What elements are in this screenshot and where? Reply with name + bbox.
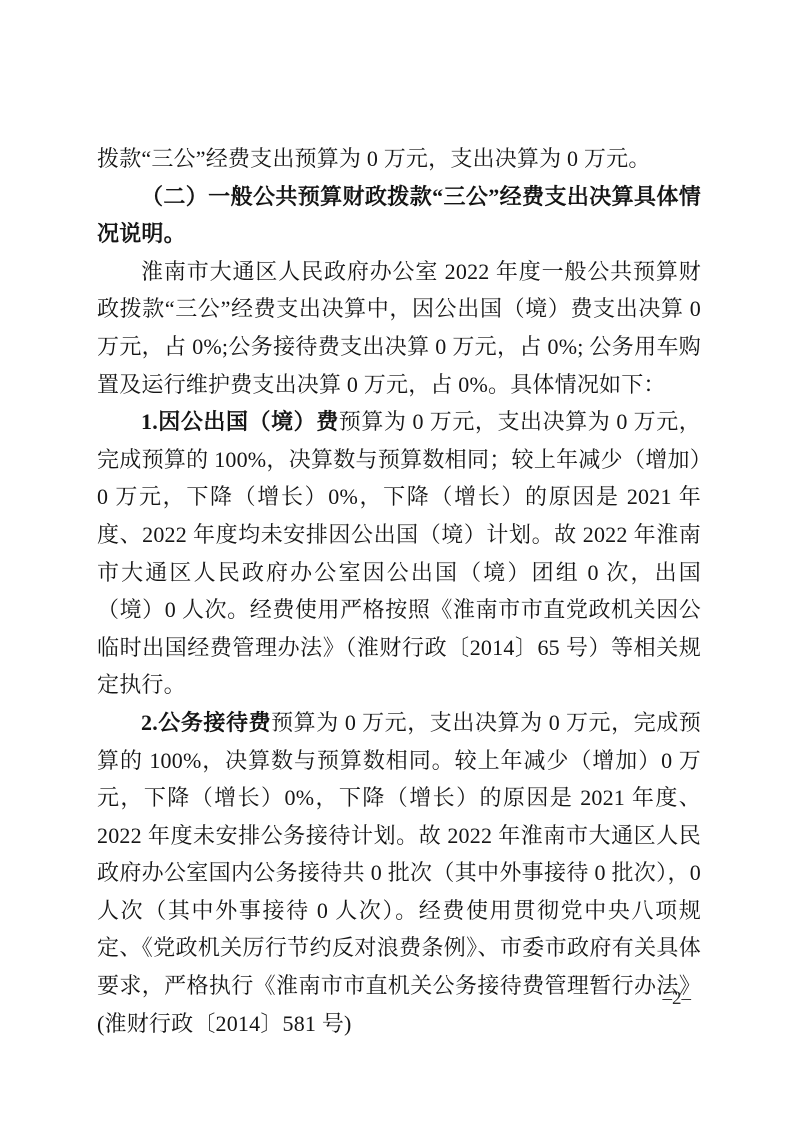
paragraph-official-reception-text: 预算为 0 万元，支出决算为 0 万元，完成预算的 100%，决算数与预算数相同… xyxy=(97,710,701,1036)
paragraph-official-reception-lead: 2.公务接待费 xyxy=(141,710,271,735)
paragraph-overview: 淮南市大通区人民政府办公室 2022 年度一般公共预算财政拨款“三公”经费支出决… xyxy=(97,253,701,403)
paragraph-travel-abroad: 1.因公出国（境）费预算为 0 万元，支出决算为 0 万元，完成预算的 100%… xyxy=(97,403,701,704)
section-heading-two: （二）一般公共预算财政拨款“三公”经费支出决算具体情况说明。 xyxy=(97,178,701,253)
document-page: 拨款“三公”经费支出预算为 0 万元，支出决算为 0 万元。 （二）一般公共预算… xyxy=(0,0,793,1122)
page-footer: –2– xyxy=(97,988,701,1010)
paragraph-travel-abroad-text: 预算为 0 万元，支出决算为 0 万元，完成预算的 100%，决算数与预算数相同… xyxy=(97,409,701,697)
document-body: 拨款“三公”经费支出预算为 0 万元，支出决算为 0 万元。 （二）一般公共预算… xyxy=(97,140,701,1042)
page-number: –2– xyxy=(663,988,692,1010)
paragraph-carryover: 拨款“三公”经费支出预算为 0 万元，支出决算为 0 万元。 xyxy=(97,140,701,178)
paragraph-travel-abroad-lead: 1.因公出国（境）费 xyxy=(141,409,339,434)
